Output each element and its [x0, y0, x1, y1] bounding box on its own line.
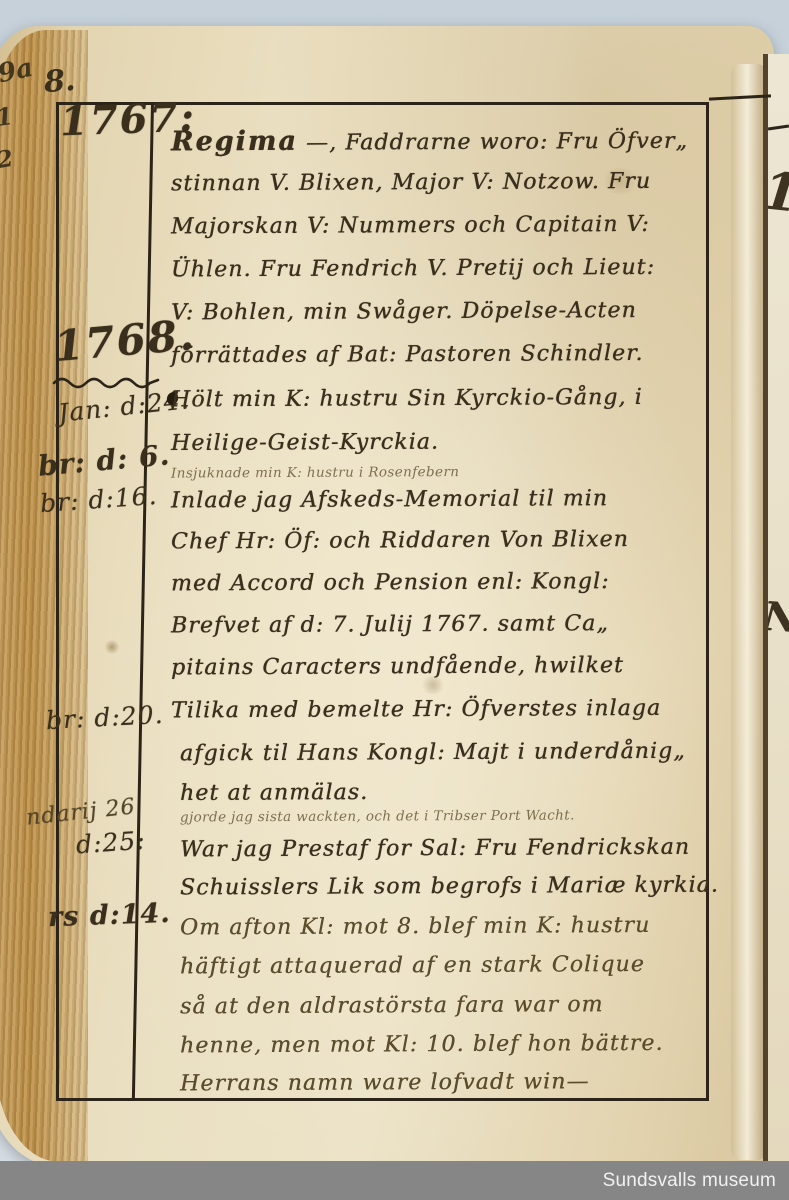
scan-background: 1 N 8. 1767: 1768. Jan: d:24. br: d: 6. … [0, 0, 789, 1200]
page-number: 8. [43, 63, 77, 100]
manuscript-line: så at den aldrastörsta fara war om [180, 992, 725, 1020]
manuscript-line: Regima —, Faddrarne woro: Fru Öfver„ [171, 124, 716, 158]
ledger-frame [56, 102, 709, 1101]
page-curl [731, 64, 767, 1160]
manuscript-line: Herrans namn ware lofvadt win— [180, 1069, 725, 1097]
manuscript-line: Heilige-Geist-Kyrckia. [171, 429, 551, 456]
adjacent-page-rule-line [768, 125, 789, 131]
manuscript-line: Tilika med bemelte Hr: Öfverstes inlaga [171, 696, 716, 724]
manuscript-line-rest: —, Faddrarne woro: Fru Öfver„ [298, 129, 688, 156]
adjacent-page: 1 N [763, 54, 789, 1161]
manuscript-line: Majorskan V: Nummers och Capitain V: [171, 212, 716, 240]
museum-caption: Sundsvalls museum [603, 1170, 789, 1192]
margin-date: d:25: [75, 826, 147, 860]
margin-date: br: d:20. [45, 700, 164, 735]
manuscript-line: förrättades af Bat: Pastoren Schindler. [171, 341, 716, 369]
manuscript-line: V: Bohlen, min Swåger. Döpelse-Acten [171, 298, 716, 326]
manuscript-line: stinnan V. Blixen, Major V: Notzow. Fru [171, 169, 716, 197]
manuscript-line: het at anmälas. [180, 779, 560, 806]
caption-bar: Sundsvalls museum [0, 1161, 789, 1200]
manuscript-line: Brefvet af d: 7. Julij 1767. samt Ca„ [171, 611, 716, 639]
manuscript-line: Hölt min K: hustru Sin Kyrckio-Gång, i [171, 385, 716, 413]
manuscript-line: Schuisslers Lik som begrofs i Mariæ kyrk… [180, 873, 725, 901]
manuscript-line-inserted: gjorde jag sista wackten, och det i Trib… [180, 806, 780, 825]
flourish-underline-icon [52, 374, 160, 390]
manuscript-line-lead: Regima [171, 126, 298, 158]
manuscript-line: Inlade jag Afskeds-Memorial til min [171, 486, 716, 514]
manuscript-line: henne, men mot Kl: 10. blef hon bättre. [180, 1031, 725, 1059]
adjacent-page-text-fragment: 1 [763, 160, 789, 224]
manuscript-line: häftigt attaquerad af en stark Colique [180, 952, 725, 980]
manuscript-line: med Accord och Pension enl: Kongl: [171, 569, 716, 597]
manuscript-line: Chef Hr: Öf: och Riddaren Von Blixen [171, 527, 716, 555]
manuscript-line: Ühlen. Fru Fendrich V. Pretij och Lieut: [171, 255, 716, 283]
margin-date: rs d:14. [47, 898, 171, 933]
manuscript-line-inserted: Insjuknade min K: hustru i Rosenfebern [171, 462, 771, 481]
manuscript-line: afgick til Hans Kongl: Majt i underdånig… [180, 739, 725, 767]
manuscript-line: War jag Prestaf for Sal: Fru Fendrickska… [180, 835, 725, 863]
manuscript-line: Om afton Kl: mot 8. blef min K: hustru [180, 913, 725, 941]
manuscript-line: pitains Caracters undfående, hwilket [171, 653, 716, 681]
adjacent-page-text-fragment: N [763, 593, 789, 642]
